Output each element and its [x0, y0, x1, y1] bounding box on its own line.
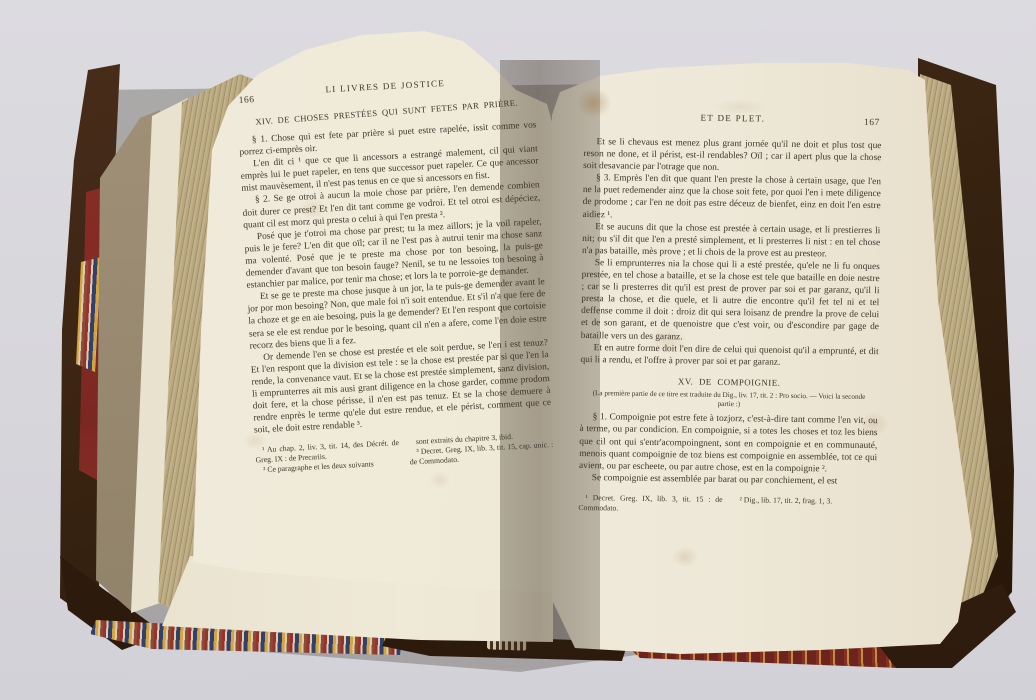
- right-body-text-2: § 1. Compoignie pot estre fete à tozjorz…: [579, 411, 878, 488]
- section-heading: XV. DE COMPOIGNIE.: [580, 375, 878, 389]
- paragraph: Et se li chevaus est menez plus grant jo…: [583, 136, 881, 176]
- section-note: (La première partie de ce titre est trad…: [580, 389, 878, 412]
- paragraph: § 1. Compoignie pot estre fete à tozjorz…: [579, 411, 878, 476]
- paragraph: Et en autre forme doit l'en dire de celu…: [580, 342, 878, 370]
- foxing-spot: [425, 468, 455, 492]
- right-page-number: 167: [864, 118, 880, 128]
- paragraph: Et se aucuns dit que la chose est presté…: [582, 221, 880, 261]
- right-footnote-column-1: ¹ Decret. Greg. IX, lib. 3, tit. 15 : de…: [578, 493, 722, 515]
- paragraph: Or demende l'en se chose est prestée et …: [250, 337, 552, 437]
- footnote: ¹ Decret. Greg. IX, lib. 3, tit. 15 : de…: [578, 493, 722, 515]
- left-page-text: 166 LI LIVRES DE JOSTICE XIV. DE CHOSES …: [236, 70, 554, 475]
- foxing-spot: [666, 542, 704, 572]
- right-page-text: 167 ET DE PLET. Et se li chevaus est men…: [578, 108, 882, 517]
- right-footnote-column-2: ² Dig., lib. 17, tit. 2, frag. 1, 3.: [732, 495, 876, 517]
- footnote: ² Dig., lib. 17, tit. 2, frag. 1, 3.: [732, 495, 876, 507]
- right-page-header: 167 ET DE PLET.: [584, 108, 882, 138]
- left-body-text: § 1. Chose qui est fete par prière si pu…: [239, 119, 552, 437]
- photo-background: 166 LI LIVRES DE JOSTICE XIV. DE CHOSES …: [0, 0, 1036, 700]
- left-page-number: 166: [239, 95, 255, 106]
- paragraph: § 3. Emprès l'en dit que quant l'en pres…: [582, 172, 881, 225]
- right-body-text: Et se li chevaus est menez plus grant jo…: [580, 136, 881, 370]
- right-running-title: ET DE PLET.: [584, 108, 882, 125]
- right-footnotes: ¹ Decret. Greg. IX, lib. 3, tit. 15 : de…: [578, 493, 876, 517]
- paragraph: Se li emprunterres nia la chose qui li a…: [581, 257, 880, 346]
